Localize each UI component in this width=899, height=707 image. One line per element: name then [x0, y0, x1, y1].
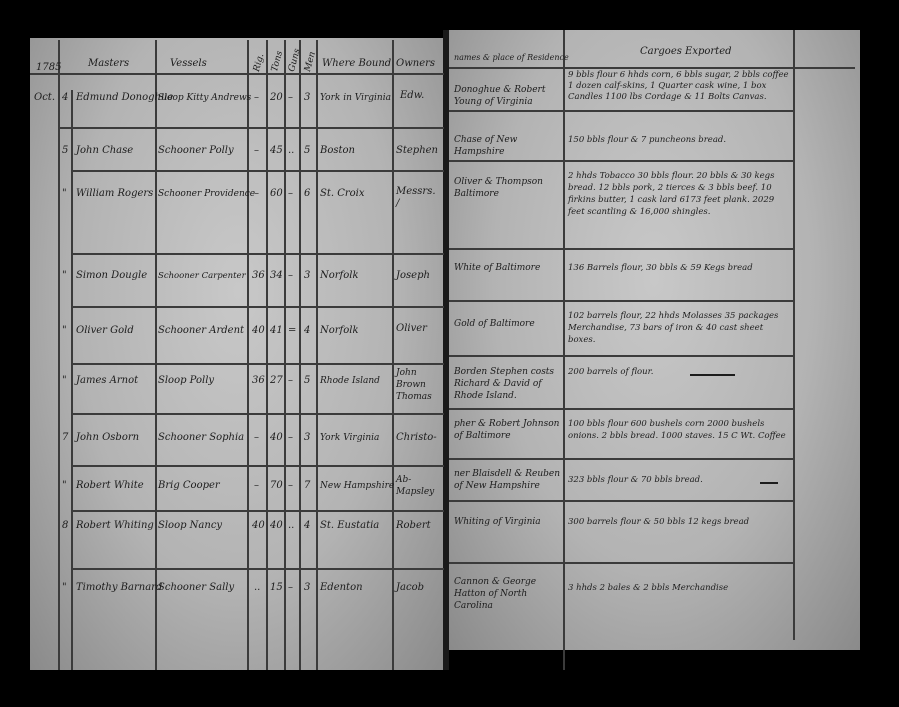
row-men: 3 — [304, 92, 310, 104]
row-vessel: Sloop Polly — [158, 375, 214, 387]
row-tons: 70 — [270, 480, 283, 492]
row-day: " — [62, 375, 67, 387]
row-cargo: 200 barrels of flour. — [568, 366, 790, 378]
row-bound: Edenton — [320, 582, 363, 594]
row-master: William Rogers — [76, 188, 153, 200]
row-guns: = — [288, 325, 296, 337]
row-rule — [449, 408, 793, 410]
rule — [247, 40, 249, 670]
row-rule — [72, 253, 444, 255]
row-vessel: Brig Cooper — [158, 480, 220, 492]
row-residence: pher & Robert Johnson of Baltimore — [454, 418, 560, 442]
row-bound: St. Croix — [320, 188, 365, 200]
row-guns: – — [288, 188, 293, 200]
row-tons: 15 — [270, 582, 283, 594]
row-vessel: Sloop Kitty Andrews — [158, 92, 251, 104]
row-day: " — [62, 188, 67, 200]
rule — [284, 40, 286, 670]
row-day: 5 — [62, 145, 68, 157]
row-master: Robert Whiting — [76, 520, 154, 532]
row-rig: 40 — [252, 325, 265, 337]
row-master: Robert White — [76, 480, 144, 492]
row-day: " — [62, 270, 67, 282]
row-vessel: Schooner Sophia — [158, 432, 244, 444]
row-bound: Boston — [320, 145, 355, 157]
row-rule — [58, 127, 444, 129]
row-rig: – — [254, 145, 259, 157]
row-guns: .. — [288, 145, 294, 157]
header-cargoes: Cargoes Exported — [640, 46, 732, 58]
row-master: Timothy Barnard — [76, 582, 162, 594]
header-vessels: Vessels — [170, 58, 207, 70]
row-bound: York Virginia — [320, 432, 379, 444]
header-rule — [30, 73, 444, 75]
row-tons: 60 — [270, 188, 283, 200]
row-cargo: 136 Barrels flour, 30 bbls & 59 Kegs bre… — [568, 262, 790, 274]
row-tons: 20 — [270, 92, 283, 104]
row-tons: 40 — [270, 520, 283, 532]
row-day: 7 — [62, 432, 68, 444]
row-residence: Gold of Baltimore — [454, 318, 560, 330]
row-rule — [72, 306, 444, 308]
row-rig: 36 — [252, 270, 265, 282]
row-guns: .. — [288, 520, 294, 532]
row-bound: Rhode Island — [320, 375, 380, 387]
row-cargo: 323 bbls flour & 70 bbls bread. — [568, 474, 790, 486]
row-tons: 41 — [270, 325, 283, 337]
row-men: 5 — [304, 145, 310, 157]
row-rule — [72, 510, 444, 512]
row-residence: Donoghue & Robert Young of Virginia — [454, 84, 560, 108]
row-rule — [72, 170, 444, 172]
rule — [155, 40, 157, 670]
row-guns: – — [288, 375, 293, 387]
rule — [392, 40, 394, 670]
header-residence: names & place of Residence — [454, 52, 569, 64]
row-guns: – — [288, 270, 293, 282]
row-vessel: Schooner Carpenter — [158, 270, 246, 282]
rule — [793, 30, 795, 640]
row-bound: York in Virginia — [320, 92, 391, 104]
row-men: 4 — [304, 520, 310, 532]
row-master: Simon Dougle — [76, 270, 147, 282]
row-tons: 27 — [270, 375, 283, 387]
row-men: 3 — [304, 432, 310, 444]
row-bound: St. Eustatia — [320, 520, 379, 532]
row-owner: Oliver — [396, 323, 427, 335]
row-cargo: 102 barrels flour, 22 hhds Molasses 35 p… — [568, 310, 790, 346]
row-master: James Arnot — [76, 375, 138, 387]
row-guns: – — [288, 432, 293, 444]
row-rig: .. — [254, 582, 260, 594]
row-men: 3 — [304, 270, 310, 282]
row-residence: White of Baltimore — [454, 262, 560, 274]
header-masters: Masters — [88, 58, 129, 70]
row-vessel: Schooner Sally — [158, 582, 234, 594]
row-owner: Messrs. / — [396, 186, 440, 210]
row-rule — [72, 413, 444, 415]
row-rig: 36 — [252, 375, 265, 387]
row-day: " — [62, 480, 67, 492]
row-cargo: 9 bbls flour 6 hhds corn, 6 bbls sugar, … — [568, 70, 790, 103]
row-tons: 40 — [270, 432, 283, 444]
row-bound: Norfolk — [320, 270, 359, 282]
row-vessel: Schooner Polly — [158, 145, 234, 157]
row-cargo: 150 bbls flour & 7 puncheons bread. — [568, 134, 790, 146]
row-cargo: 300 barrels flour & 50 bbls 12 kegs brea… — [568, 516, 790, 528]
row-rig: – — [254, 432, 259, 444]
row-rig: – — [254, 188, 259, 200]
cancel-dash — [760, 482, 778, 484]
row-rule — [449, 248, 793, 250]
row-master: Oliver Gold — [76, 325, 134, 337]
row-men: 5 — [304, 375, 310, 387]
row-owner: Edw. — [400, 90, 424, 102]
row-rig: – — [254, 92, 259, 104]
row-rule — [72, 363, 444, 365]
row-day: " — [62, 582, 67, 594]
book-gutter — [443, 30, 449, 670]
header-rule — [449, 67, 855, 69]
row-rule — [72, 465, 444, 467]
rule — [266, 40, 268, 670]
row-cargo: 2 hhds Tobacco 30 bbls flour. 20 bbls & … — [568, 170, 790, 218]
row-cargo: 3 hhds 2 bales & 2 bbls Merchandise — [568, 582, 790, 594]
cancel-dash — [690, 374, 735, 376]
row-tons: 34 — [270, 270, 283, 282]
row-rule — [449, 300, 793, 302]
row-guns: – — [288, 92, 293, 104]
row-owner: Robert — [396, 520, 431, 532]
row-men: 3 — [304, 582, 310, 594]
row-guns: – — [288, 480, 293, 492]
row-vessel: Sloop Nancy — [158, 520, 222, 532]
row-owner: Jacob — [396, 582, 424, 594]
row-bound: New Hampshire — [320, 480, 394, 492]
row-owner: Christo- — [396, 432, 437, 444]
row-owner: Joseph — [396, 270, 430, 282]
rule — [71, 90, 73, 670]
row-bound: Norfolk — [320, 325, 359, 337]
row-men: 4 — [304, 325, 310, 337]
row-cargo: 100 bbls flour 600 bushels corn 2000 bus… — [568, 418, 790, 442]
row-owner: Stephen — [396, 145, 438, 157]
row-day: 8 — [62, 520, 68, 532]
row-rig: – — [254, 480, 259, 492]
row-rule — [449, 562, 793, 564]
row-guns: – — [288, 582, 293, 594]
row-rule — [449, 110, 793, 112]
row-residence: Oliver & Thompson Baltimore — [454, 176, 560, 200]
row-residence: Chase of New Hampshire — [454, 134, 560, 158]
rule — [316, 40, 318, 670]
row-residence: Cannon & George Hatton of North Carolina — [454, 576, 560, 612]
row-rule — [449, 458, 793, 460]
row-residence: Borden Stephen costs Richard & David of … — [454, 366, 560, 402]
row-rule — [449, 500, 793, 502]
left-ledger-page — [30, 38, 446, 670]
row-owner: John Brown Thomas — [396, 367, 440, 403]
row-vessel: Schooner Ardent — [158, 325, 244, 337]
row-rig: 40 — [252, 520, 265, 532]
row-rule — [72, 568, 444, 570]
row-men: 7 — [304, 480, 310, 492]
row-tons: 45 — [270, 145, 283, 157]
row-residence: ner Blaisdell & Reuben of New Hampshire — [454, 468, 560, 492]
row-vessel: Schooner Providence — [158, 188, 255, 200]
row-day: 4 — [62, 92, 68, 104]
month-label: Oct. — [34, 92, 55, 104]
row-residence: Whiting of Virginia — [454, 516, 560, 528]
rule — [58, 40, 60, 670]
year-label: 1785 — [36, 62, 61, 74]
row-master: John Osborn — [76, 432, 139, 444]
header-where-bound: Where Bound — [322, 58, 391, 70]
row-day: " — [62, 325, 67, 337]
row-rule — [449, 160, 793, 162]
rule — [299, 40, 301, 670]
row-master: John Chase — [76, 145, 133, 157]
row-owner: Ab- Mapsley — [396, 474, 440, 498]
row-rule — [449, 355, 793, 357]
header-owners: Owners — [396, 58, 435, 70]
row-men: 6 — [304, 188, 310, 200]
rule — [563, 30, 565, 670]
